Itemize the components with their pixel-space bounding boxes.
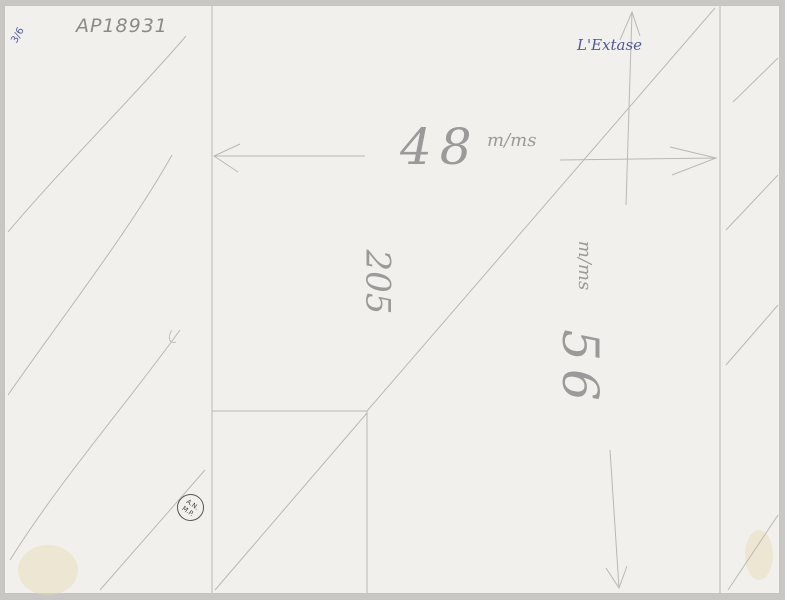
title-annotation: L'Extase xyxy=(577,36,642,54)
inventory-number: AP18931 xyxy=(76,15,168,37)
height-unit: m/ms xyxy=(574,241,595,290)
width-value: 48 xyxy=(400,118,480,176)
width-unit: m/ms xyxy=(487,130,536,151)
reference-number: 205 xyxy=(357,250,397,315)
height-value: 56 xyxy=(551,329,609,409)
